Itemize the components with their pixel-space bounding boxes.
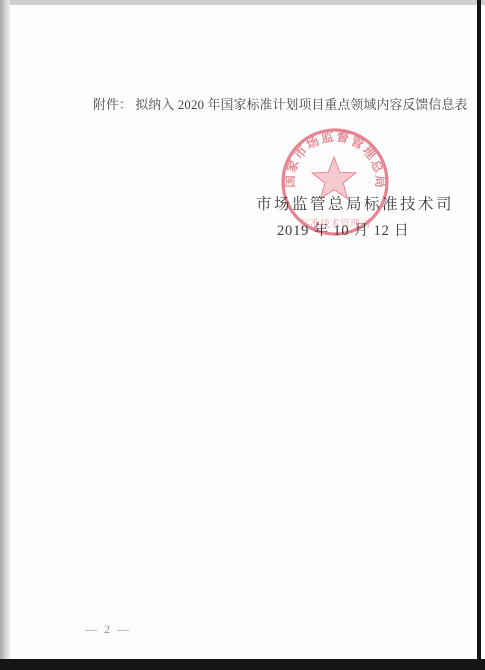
scan-edge-top <box>0 0 485 5</box>
issue-date: 2019 年 10 月 12 日 <box>277 219 409 240</box>
attachment-reference-line: 附件： 拟纳入 2020 年国家标准计划项目重点领域内容反馈信息表 <box>93 94 468 113</box>
scan-edge-bottom <box>0 659 485 670</box>
scan-edge-left <box>0 0 10 670</box>
scanned-document-page: 附件： 拟纳入 2020 年国家标准计划项目重点领域内容反馈信息表 国家市场监督… <box>0 0 485 670</box>
page-number: — 2 — <box>85 622 131 637</box>
issuing-department-signature: 市场监管总局标准技术司 <box>256 192 454 214</box>
scan-edge-right <box>477 0 481 670</box>
